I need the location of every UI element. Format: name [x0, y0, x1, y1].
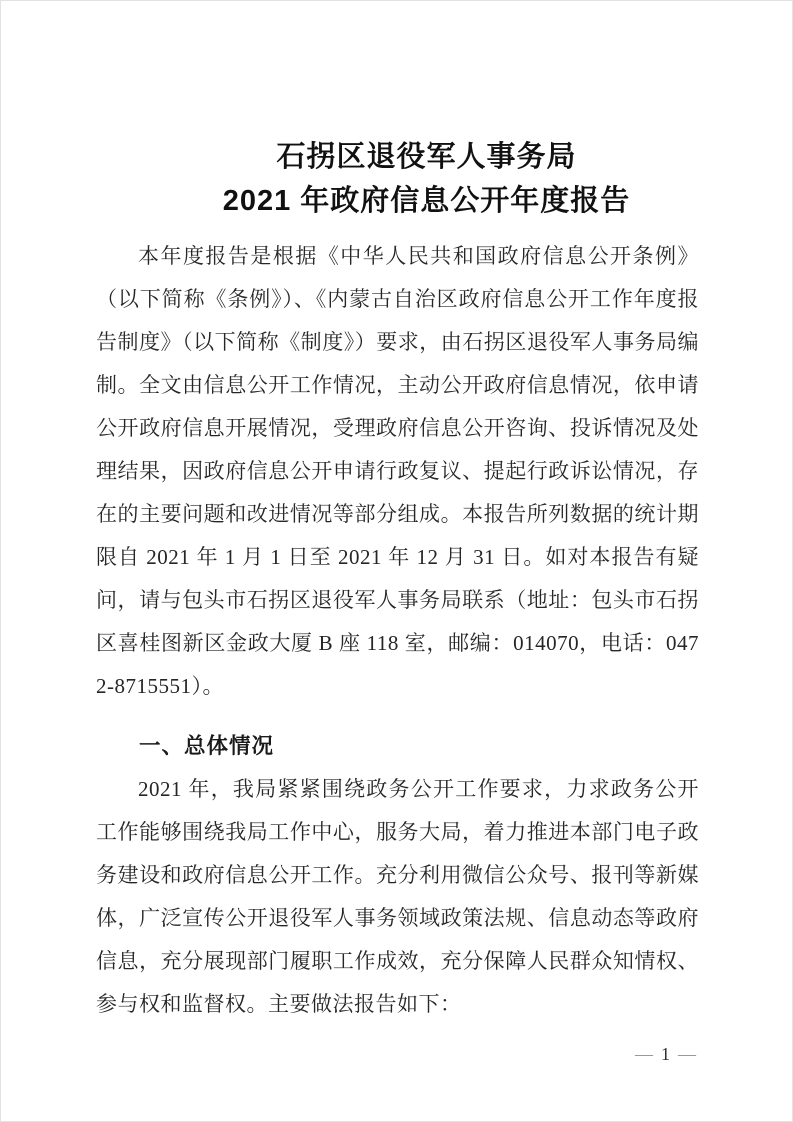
section-1-paragraph: 2021 年，我局紧紧围绕政务公开工作要求，力求政务公开工作能够围绕我局工作中心… — [96, 768, 699, 1026]
page-number: 1 — [661, 1044, 672, 1064]
page-footer: —1— — [635, 1045, 698, 1063]
document-page: 石拐区退役军人事务局 2021 年政府信息公开年度报告 本年度报告是根据《中华人… — [0, 0, 793, 1122]
document-body: 本年度报告是根据《中华人民共和国政府信息公开条例》（以下简称《条例》）、《内蒙古… — [1, 235, 792, 1026]
title-line-1: 石拐区退役军人事务局 — [61, 135, 792, 179]
document-title: 石拐区退役军人事务局 2021 年政府信息公开年度报告 — [1, 135, 792, 223]
intro-paragraph: 本年度报告是根据《中华人民共和国政府信息公开条例》（以下简称《条例》）、《内蒙古… — [96, 235, 699, 708]
footer-dash-left: — — [635, 1044, 655, 1064]
title-line-2: 2021 年政府信息公开年度报告 — [61, 179, 792, 223]
section-heading-overall-situation: 一、总体情况 — [96, 725, 699, 768]
footer-dash-right: — — [678, 1044, 698, 1064]
